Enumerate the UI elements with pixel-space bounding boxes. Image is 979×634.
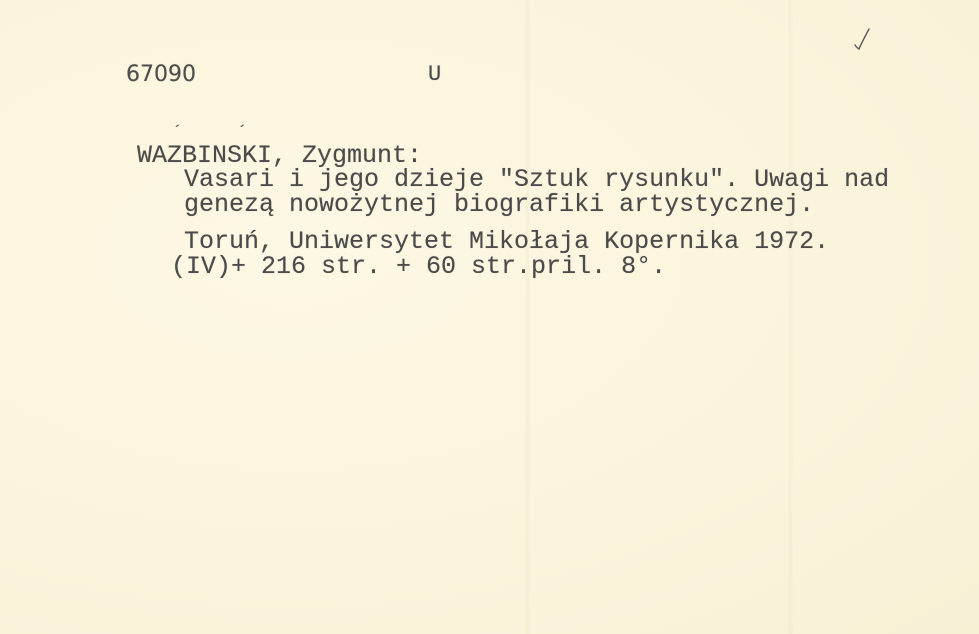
catalog-card: 67090 U ´ ´ WAZBINSKI, Zygmunt: Vasari i… <box>0 0 979 634</box>
accession-number: 67090 <box>126 62 196 87</box>
checkmark-icon <box>852 26 872 52</box>
collation-line: (IV)+ 216 str. + 60 str.pril. 8°. <box>171 254 666 279</box>
title-line-1: Vasari i jego dzieje "Sztuk rysunku". Uw… <box>184 167 889 192</box>
location-code: U <box>428 62 441 87</box>
imprint-line: Toruń, Uniwersytet Mikołaja Kopernika 19… <box>184 229 829 254</box>
title-line-2: genezą nowożytnej biografiki artystyczne… <box>184 192 814 217</box>
